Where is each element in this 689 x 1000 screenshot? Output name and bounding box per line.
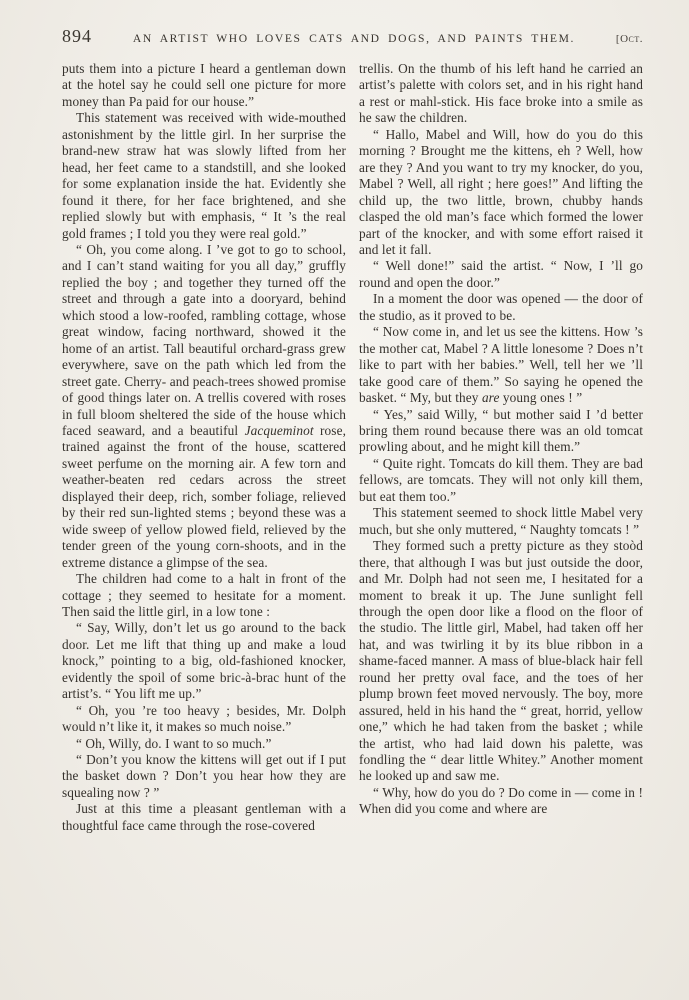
paragraph: trellis. On the thumb of his left hand h… xyxy=(359,61,643,127)
left-column: puts them into a picture I heard a gentl… xyxy=(62,61,346,834)
body-text: This statement seemed to shock little Ma… xyxy=(359,505,643,536)
body-text: young ones ! ” xyxy=(499,390,582,405)
body-text: “ Oh, Willy, do. I want to so much.” xyxy=(76,736,271,751)
body-text: trellis. On the thumb of his left hand h… xyxy=(359,61,643,125)
paragraph: Just at this time a pleasant gentleman w… xyxy=(62,801,346,834)
body-text: “ Say, Willy, don’t let us go around to … xyxy=(62,620,346,701)
italic-text: are xyxy=(482,390,500,405)
paragraph: This statement was received with wide-mo… xyxy=(62,110,346,242)
body-text: This statement was received with wide-mo… xyxy=(62,110,346,240)
body-text: “ Oh, you ’re too heavy ; besides, Mr. D… xyxy=(62,703,346,734)
paragraph: In a moment the door was opened — the do… xyxy=(359,291,643,324)
paragraph: This statement seemed to shock little Ma… xyxy=(359,505,643,538)
paragraph: They formed such a pretty picture as the… xyxy=(359,538,643,785)
body-text: “ Don’t you know the kittens will get ou… xyxy=(62,752,346,800)
paragraph: “ Say, Willy, don’t let us go around to … xyxy=(62,620,346,702)
page-number: 894 xyxy=(62,26,92,47)
right-column: trellis. On the thumb of his left hand h… xyxy=(359,61,643,834)
body-text: They formed such a pretty picture as the… xyxy=(359,538,643,783)
body-text: “ Well done!” said the artist. “ Now, I … xyxy=(359,258,643,289)
paragraph: “ Hallo, Mabel and Will, how do you do t… xyxy=(359,127,643,259)
body-text: The children had come to a halt in front… xyxy=(62,571,346,619)
running-title: AN ARTIST WHO LOVES CATS AND DOGS, AND P… xyxy=(92,32,616,45)
italic-text: Jacqueminot xyxy=(245,423,314,438)
body-text: “ Yes,” said Willy, “ but mother said I … xyxy=(359,407,643,455)
book-page: 894 AN ARTIST WHO LOVES CATS AND DOGS, A… xyxy=(0,0,689,1000)
paragraph: puts them into a picture I heard a gentl… xyxy=(62,61,346,110)
paragraph: “ Oh, Willy, do. I want to so much.” xyxy=(62,736,346,752)
body-text: Just at this time a pleasant gentleman w… xyxy=(62,801,346,832)
body-text: In a moment the door was opened — the do… xyxy=(359,291,643,322)
paragraph: “ Quite right. Tomcats do kill them. The… xyxy=(359,456,643,505)
paragraph: “ Now come in, and let us see the kitten… xyxy=(359,324,643,406)
body-text: “ Why, how do you do ? Do come in — come… xyxy=(359,785,643,816)
paragraph: “ Oh, you come along. I ’ve got to go to… xyxy=(62,242,346,571)
body-text: “ Hallo, Mabel and Will, how do you do t… xyxy=(359,127,643,257)
paragraph: “ Why, how do you do ? Do come in — come… xyxy=(359,785,643,818)
running-head: 894 AN ARTIST WHO LOVES CATS AND DOGS, A… xyxy=(62,26,643,47)
body-text: “ Oh, you come along. I ’ve got to go to… xyxy=(62,242,346,438)
body-text: rose, trained against the front of the h… xyxy=(62,423,346,570)
paragraph: “ Yes,” said Willy, “ but mother said I … xyxy=(359,407,643,456)
paragraph: “ Oh, you ’re too heavy ; besides, Mr. D… xyxy=(62,703,346,736)
paragraph: The children had come to a halt in front… xyxy=(62,571,346,620)
paragraph: “ Well done!” said the artist. “ Now, I … xyxy=(359,258,643,291)
article-body: puts them into a picture I heard a gentl… xyxy=(62,61,643,834)
body-text: “ Quite right. Tomcats do kill them. The… xyxy=(359,456,643,504)
paragraph: “ Don’t you know the kittens will get ou… xyxy=(62,752,346,801)
body-text: puts them into a picture I heard a gentl… xyxy=(62,61,346,109)
issue-date-label: [Oct. xyxy=(616,33,643,45)
